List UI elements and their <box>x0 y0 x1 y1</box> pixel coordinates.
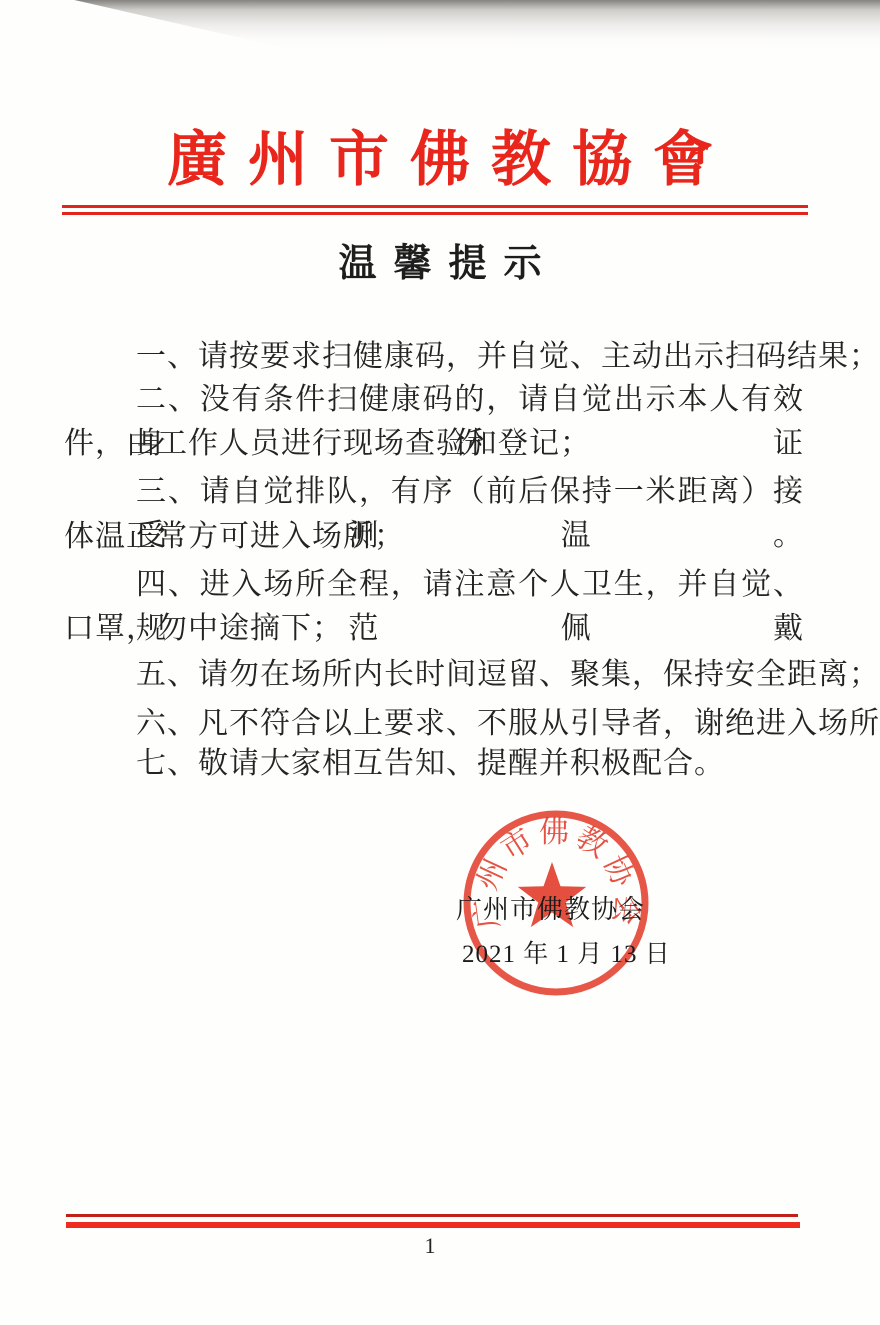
notice-line: 口罩，勿中途摘下； <box>64 603 804 647</box>
notice-line: 体温正常方可进入场所； <box>64 511 804 555</box>
header-rule-top <box>62 205 808 208</box>
signature-date: 2021 年 1 月 13 日 <box>462 934 671 970</box>
notice-line: 件，由工作人员进行现场查验和登记； <box>64 418 804 462</box>
notice-line: 五、请勿在场所内长时间逗留、聚集，保持安全距离； <box>64 649 804 693</box>
signature-org: 广州市佛教协会 <box>456 889 645 926</box>
footer-rule-bottom <box>66 1222 800 1228</box>
notice-line: 一、请按要求扫健康码，并自觉、主动出示扫码结果； <box>64 331 804 375</box>
letterhead-org-name: 廣州市佛教協會 <box>0 112 880 198</box>
notice-line: 七、敬请大家相互告知、提醒并积极配合。 <box>64 738 804 782</box>
notice-title: 温馨提示 <box>0 232 880 287</box>
document-page: 廣州市佛教協會 温馨提示 二、没有条件扫健康码的，请自觉出示本人有效身份证 一、… <box>0 0 880 1325</box>
footer-rule-top <box>66 1214 798 1217</box>
notice-line: 六、凡不符合以上要求、不服从引导者，谢绝进入场所； <box>64 698 804 742</box>
page-number: 1 <box>0 1233 860 1259</box>
header-rule-bottom <box>62 212 808 215</box>
